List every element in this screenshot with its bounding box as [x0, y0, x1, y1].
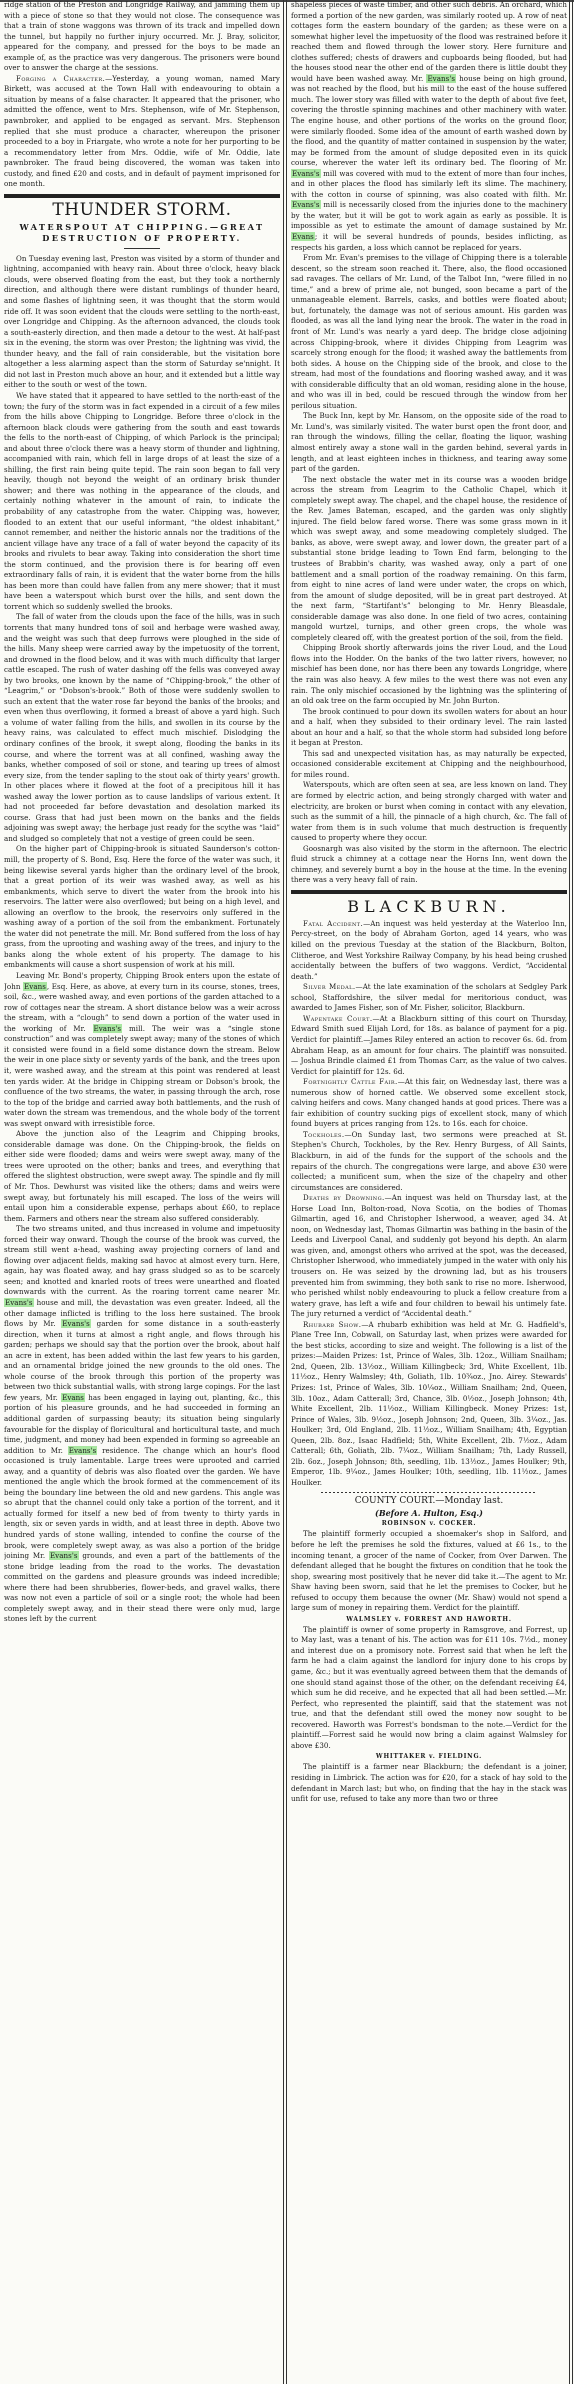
headline-county-court: COUNTY COURT.—Monday last. — [291, 1496, 567, 1507]
forging-character-item: Forging a Character.—Yesterday, a young … — [4, 74, 280, 190]
search-highlight: Evans's — [291, 200, 321, 209]
item-lead: Rhubarb Show. — [303, 1320, 361, 1329]
article-paragraph: We have stated that it appeared to have … — [4, 391, 280, 612]
news-item: Deaths by Drowning.—An inquest was held … — [291, 1193, 567, 1320]
item-text: —Yesterday, a young woman, named Mary Bi… — [4, 74, 280, 188]
headline-blackburn: BLACKBURN. — [291, 898, 567, 916]
column-rule — [569, 0, 570, 2384]
column-rule — [283, 0, 284, 2384]
column-rule — [572, 0, 573, 2384]
item-lead: Fortnightly Cattle Fair. — [303, 1077, 398, 1086]
section-divider — [4, 194, 280, 198]
case-text: The plaintiff is a farmer near Blackburn… — [291, 1762, 567, 1804]
article-paragraph: Waterspouts, which are often seen at sea… — [291, 780, 567, 843]
article-paragraph: ridge station of the Preston and Longrid… — [4, 0, 280, 74]
news-item: Silver Medal.—At the late examination of… — [291, 982, 567, 1014]
item-lead: Tockholes. — [303, 1130, 345, 1139]
search-highlight: Evans's — [4, 1298, 34, 1307]
case-title: WALMSLEY v. FORREST AND HAWORTH. — [291, 1615, 567, 1624]
item-text: —An inquest was held on Thursday last, a… — [291, 1193, 567, 1318]
wavy-divider — [321, 1492, 537, 1493]
search-highlight: Evans — [61, 1393, 85, 1402]
column-rule — [286, 0, 287, 2384]
court-subheading: (Before A. Hulton, Esq.) — [291, 1508, 567, 1518]
newspaper-page: ridge station of the Preston and Longrid… — [0, 0, 574, 2384]
article-paragraph: Leaving Mr. Bond's property, Chipping Br… — [4, 971, 280, 1129]
article-paragraph: Chipping Brook shortly afterwards joins … — [291, 643, 567, 706]
search-highlight: Evans's — [93, 1024, 123, 1033]
article-paragraph: On the higher part of Chipping-brook is … — [4, 844, 280, 971]
case-text: The plaintiff formerly occupied a shoema… — [291, 1529, 567, 1613]
search-highlight: Evans's — [49, 1551, 79, 1560]
item-lead: Deaths by Drowning. — [303, 1193, 385, 1202]
article-paragraph: The fall of water from the clouds upon t… — [4, 612, 280, 844]
item-lead: Silver Medal. — [303, 982, 356, 991]
subheadline: WATERSPOUT AT CHIPPING.—GREAT DESTRUCTIO… — [4, 222, 280, 244]
search-highlight: Evans's — [61, 1319, 91, 1328]
item-text: —At a Blackburn sitting of this court on… — [291, 1014, 567, 1076]
left-column: ridge station of the Preston and Longrid… — [4, 0, 280, 2384]
case-title: WHITTAKER v. FIELDING. — [291, 1752, 567, 1761]
news-item: Fortnightly Cattle Fair.—At this fair, o… — [291, 1077, 567, 1130]
article-paragraph: The Buck Inn, kept by Mr. Hansom, on the… — [291, 411, 567, 474]
news-item: Rhubarb Show.—A rhubarb exhibition was h… — [291, 1320, 567, 1489]
search-highlight: Evans's — [291, 169, 321, 178]
article-paragraph: Above the junction also of the Leagrim a… — [4, 1129, 280, 1224]
item-text: —An inquest was held yesterday at the Wa… — [291, 919, 567, 981]
news-item: Wapentake Court.—At a Blackburn sitting … — [291, 1014, 567, 1077]
article-paragraph: The two streams united, and thus increas… — [4, 1224, 280, 1625]
news-item: Fatal Accident.—An inquest was held yest… — [291, 919, 567, 982]
search-highlight: Evans's — [426, 74, 456, 83]
news-item: Tockholes.—On Sunday last, two sermons w… — [291, 1130, 567, 1193]
short-divider — [124, 248, 160, 249]
item-lead: Wapentake Court. — [303, 1014, 372, 1023]
article-paragraph: Goosnargh was also visited by the storm … — [291, 844, 567, 886]
case-text: The plaintiff is owner of some property … — [291, 1625, 567, 1752]
item-lead: Forging a Character. — [16, 74, 105, 83]
item-text: —A rhubarb exhibition was held at Mr. G.… — [291, 1320, 567, 1487]
article-paragraph: The brook continued to pour down its swo… — [291, 707, 567, 749]
article-paragraph: The next obstacle the water met in its c… — [291, 475, 567, 644]
section-divider — [291, 890, 567, 894]
search-highlight: Evans — [291, 232, 315, 241]
article-paragraph: This sad and unexpected visitation has, … — [291, 749, 567, 781]
article-paragraph: shapeless pieces of waste timber, and ot… — [291, 0, 567, 253]
article-paragraph: On Tuesday evening last, Preston was vis… — [4, 254, 280, 391]
right-column: shapeless pieces of waste timber, and ot… — [291, 0, 567, 2384]
article-paragraph: From Mr. Evan's premises to the village … — [291, 253, 567, 411]
item-text: —On Sunday last, two sermons were preach… — [291, 1130, 567, 1192]
case-title: ROBINSON v. COCKER. — [291, 1519, 567, 1528]
search-highlight: Evans — [23, 982, 47, 991]
search-highlight: Evans's — [68, 1446, 98, 1455]
item-lead: Fatal Accident. — [303, 919, 363, 928]
headline-thunder-storm: THUNDER STORM. — [4, 201, 280, 220]
